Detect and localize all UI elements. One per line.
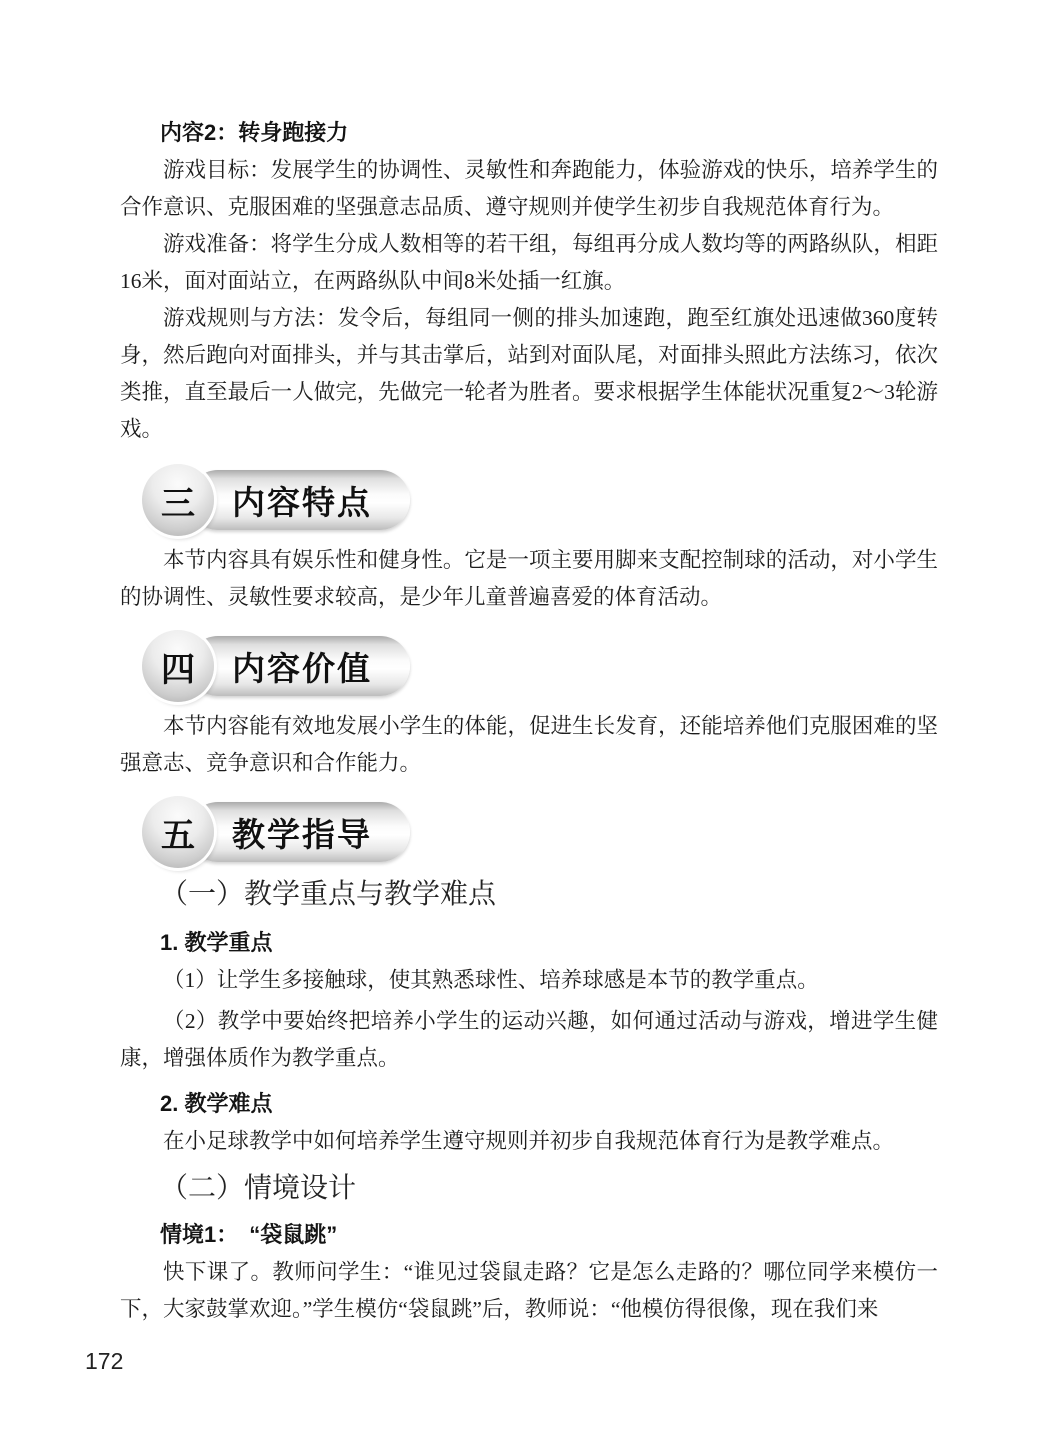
section-badge-features: 三 内容特点 [142,464,938,536]
section-title-pill: 内容价值 [188,636,410,696]
game-goal-paragraph: 游戏目标：发展学生的协调性、灵敏性和奔跑能力，体验游戏的快乐，培养学生的合作意识… [120,152,938,226]
game-rules-paragraph: 游戏规则与方法：发令后，每组同一侧的排头加速跑，跑至红旗处迅速做360度转身，然… [120,300,938,448]
scenario-1-paragraph: 快下课了。教师问学生：“谁见过袋鼠走路？它是怎么走路的？哪位同学来模仿一下，大家… [120,1254,938,1328]
value-paragraph: 本节内容能有效地发展小学生的体能，促进生长发育，还能培养他们克服困难的坚强意志、… [120,708,938,782]
section-number-circle: 五 [142,796,214,868]
section-number-circle: 四 [142,630,214,702]
teaching-focus-item-2: （2）教学中要始终把培养小学生的运动兴趣，如何通过活动与游戏，增进学生健康，增强… [120,1003,938,1077]
teaching-difficulty-paragraph: 在小足球教学中如何培养学生遵守规则并初步自我规范体育行为是教学难点。 [120,1123,938,1160]
subsection-2-heading: （二）情境设计 [160,1168,938,1210]
game-preparation-paragraph: 游戏准备：将学生分成人数相等的若干组，每组再分成人数均等的两路纵队，相距16米，… [120,226,938,300]
teaching-focus-heading: 1. 教学重点 [160,928,938,958]
scenario-1-heading: 情境1： “袋鼠跳” [160,1220,938,1250]
section-badge-guidance: 五 教学指导 [142,796,938,868]
section-badge-value: 四 内容价值 [142,630,938,702]
page-content: 内容2：转身跑接力 游戏目标：发展学生的协调性、灵敏性和奔跑能力，体验游戏的快乐… [120,118,938,1328]
content2-heading: 内容2：转身跑接力 [160,118,938,148]
book-page: 内容2：转身跑接力 游戏目标：发展学生的协调性、灵敏性和奔跑能力，体验游戏的快乐… [0,0,1038,1452]
teaching-focus-item-1: （1）让学生多接触球，使其熟悉球性、培养球感是本节的教学重点。 [120,962,938,999]
section-title-pill: 内容特点 [188,470,410,530]
features-paragraph: 本节内容具有娱乐性和健身性。它是一项主要用脚来支配控制球的活动，对小学生的协调性… [120,542,938,616]
section-number-circle: 三 [142,464,214,536]
subsection-1-heading: （一）教学重点与教学难点 [160,874,938,916]
page-number: 172 [85,1348,123,1375]
section-title-pill: 教学指导 [188,802,410,862]
teaching-difficulty-heading: 2. 教学难点 [160,1089,938,1119]
